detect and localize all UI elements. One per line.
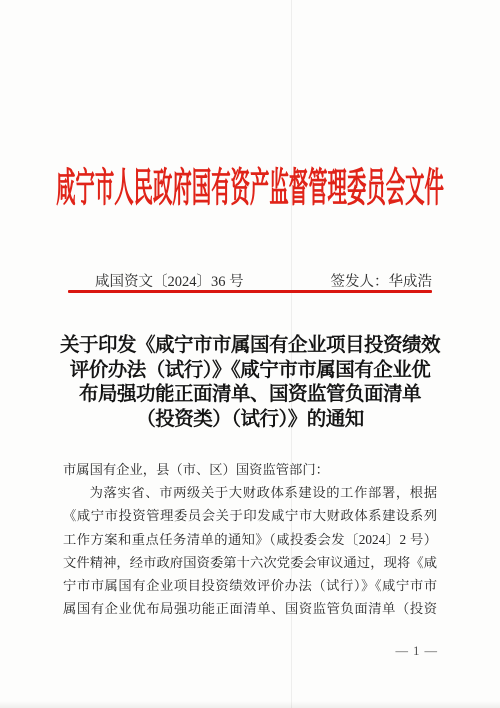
doc-number: 咸国资文〔2024〕36 号: [95, 270, 244, 291]
document-page: 咸宁市人民政府国有资产监督管理委员会文件 咸国资文〔2024〕36 号 签发人：…: [0, 0, 500, 708]
body-line: 工作方案和重点任务清单的通知》（咸投委会发〔2024〕2 号）: [63, 528, 437, 551]
body-line: 《咸宁市投资管理委员会关于印发咸宁市大财政体系建设系列: [63, 504, 437, 527]
issuer: 签发人：华成浩: [331, 270, 433, 291]
document-title-line: （投资类）（试行）》的通知: [0, 408, 500, 433]
body-line: 属国有企业优布局强功能正面清单、国资监管负面清单（投资: [63, 597, 437, 620]
document-body: 市属国有企业，县（市、区）国资监管部门： 为落实省、市两级关于大财政体系建设的工…: [63, 458, 437, 620]
issuer-name: 华成浩: [389, 274, 433, 290]
red-divider: [68, 290, 432, 293]
document-title-line: 关于印发《咸宁市市属国有企业项目投资绩效: [0, 334, 500, 359]
body-line: 为落实省、市两级关于大财政体系建设的工作部署，根据: [63, 481, 437, 504]
body-line: 宁市市属国有企业项目投资绩效评价办法（试行）》《咸宁市市: [63, 574, 437, 597]
document-title: 关于印发《咸宁市市属国有企业项目投资绩效 评价办法（试行）》《咸宁市市属国有企业…: [0, 334, 500, 432]
page-number: — 1 —: [396, 644, 439, 659]
salutation: 市属国有企业，县（市、区）国资监管部门：: [63, 458, 437, 481]
document-title-line: 评价办法（试行）》《咸宁市市属国有企业优: [0, 359, 500, 384]
doc-meta-row: 咸国资文〔2024〕36 号 签发人：华成浩: [95, 270, 432, 291]
issuer-label: 签发人：: [331, 274, 389, 290]
body-line: 文件精神，经市政府国资委第十六次党委会审议通过，现将《咸: [63, 551, 437, 574]
scan-edge-shade: [0, 701, 500, 708]
document-title-line: 布局强功能正面清单、国资监管负面清单: [0, 383, 500, 408]
agency-header-title: 咸宁市人民政府国有资产监督管理委员会文件: [0, 156, 500, 213]
